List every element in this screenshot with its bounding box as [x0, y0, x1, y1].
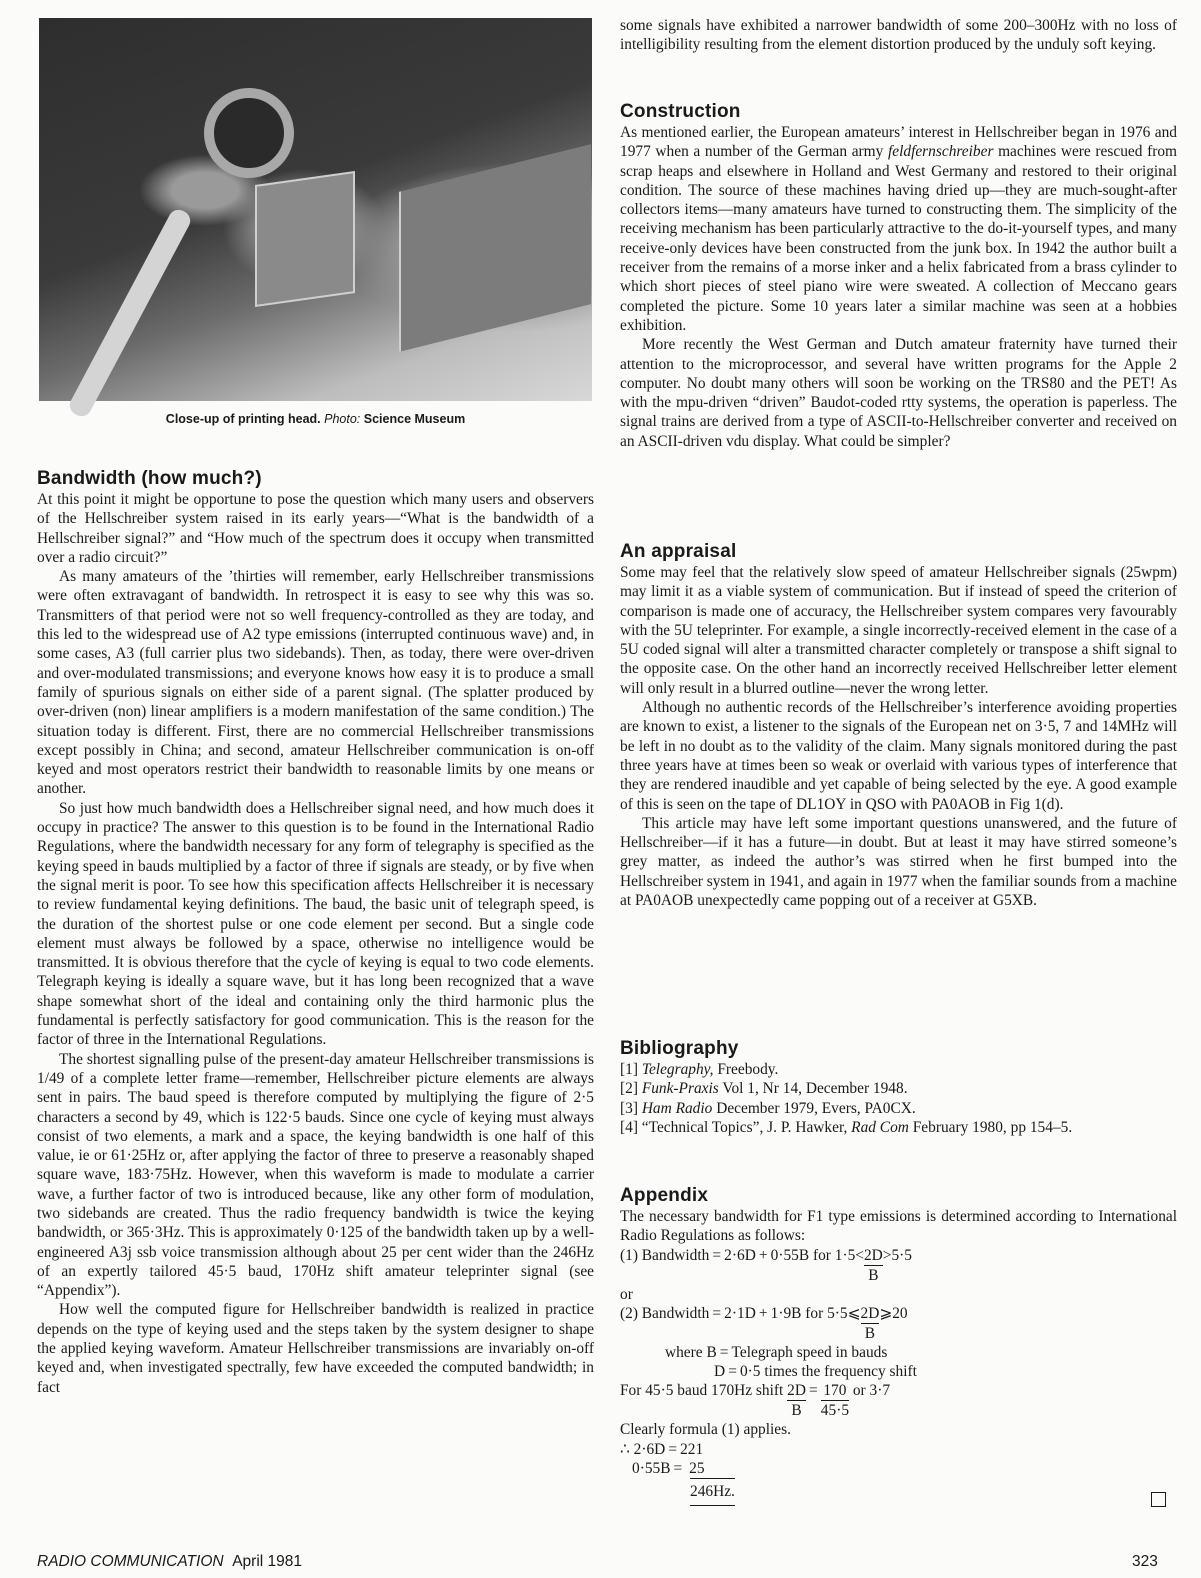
calc-line-2: 0·55B = 25	[620, 1459, 1177, 1478]
section-construction: Construction As mentioned earlier, the E…	[620, 101, 1177, 451]
heading-bandwidth: Bandwidth (how much?)	[37, 468, 594, 490]
formula-1: (1) Bandwidth = 2·6D + 0·55B for 1·5<2DB…	[620, 1246, 1177, 1285]
photo-roller	[204, 88, 294, 178]
heading-appraisal: An appraisal	[620, 541, 1177, 563]
total-value: 246Hz.	[690, 1478, 735, 1505]
bibliography-item: [2] Funk-Praxis Vol 1, Nr 14, December 1…	[620, 1079, 1177, 1098]
printing-head-photo	[39, 18, 592, 401]
italic-term: feldfernschreiber	[888, 143, 993, 160]
caption-credit: Science Museum	[364, 412, 465, 426]
denominator: B	[861, 1324, 880, 1343]
photo-caption: Close-up of printing head. Photo: Scienc…	[39, 412, 592, 426]
ref-title: “Technical Topics”, J. P. Hawker,	[638, 1119, 851, 1136]
caption-text: Close-up of printing head.	[166, 412, 321, 426]
formula-text: (1) Bandwidth = 2·6D + 0·55B for 1·5<	[620, 1247, 864, 1264]
paragraph: This article may have left some importan…	[620, 814, 1177, 910]
publication-name: RADIO COMMUNICATION	[37, 1553, 224, 1570]
ref-title: Ham Radio	[642, 1100, 713, 1117]
formula-text: >5·5	[883, 1247, 912, 1264]
where-b: where B = Telegraph speed in bauds	[620, 1343, 1177, 1362]
photo-paper-tape	[66, 206, 193, 419]
ref-number: [4]	[620, 1119, 638, 1136]
section-appraisal: An appraisal Some may feel that the rela…	[620, 541, 1177, 910]
denominator: B	[787, 1401, 806, 1420]
calc-total: 246Hz.	[620, 1478, 1177, 1505]
caption-photo-label: Photo:	[324, 412, 360, 426]
publication-date: April 1981	[232, 1553, 302, 1570]
fraction-2d-over-b: 2DB	[787, 1381, 806, 1420]
text-run: machines were rescued from scrap heaps a…	[620, 143, 1177, 334]
paragraph: As mentioned earlier, the European amate…	[620, 123, 1177, 335]
section-bibliography: Bibliography [1] Telegraphy, Freebody. […	[620, 1038, 1177, 1137]
continuation-block: some signals have exhibited a narrower b…	[620, 16, 1177, 55]
numerator: 170	[821, 1381, 849, 1401]
clearly-text: Clearly formula (1) applies.	[620, 1420, 1177, 1439]
formula-text: For 45·5 baud 170Hz shift	[620, 1382, 787, 1399]
formula-text: or 3·7	[849, 1382, 890, 1399]
heading-bibliography: Bibliography	[620, 1038, 1177, 1060]
numerator: 2D	[864, 1246, 883, 1266]
paragraph: More recently the West German and Dutch …	[620, 335, 1177, 451]
paragraph: So just how much bandwidth does a Hellsc…	[37, 799, 594, 1050]
heading-construction: Construction	[620, 101, 1177, 123]
formula-2: (2) Bandwidth = 2·1D + 1·9B for 5·5⩽2DB⩾…	[620, 1304, 1177, 1343]
numerator: 2D	[861, 1304, 880, 1324]
fraction-2d-over-b: 2DB	[864, 1246, 883, 1285]
ref-number: [1]	[620, 1061, 638, 1078]
or-text: or	[620, 1285, 1177, 1304]
bibliography-item: [4] “Technical Topics”, J. P. Hawker, Ra…	[620, 1118, 1177, 1137]
paragraph: As many amateurs of the ’thirties will r…	[37, 567, 594, 799]
paragraph: The shortest signalling pulse of the pre…	[37, 1050, 594, 1301]
paragraph: Although no authentic records of the Hel…	[620, 698, 1177, 814]
section-appendix: Appendix The necessary bandwidth for F1 …	[620, 1185, 1177, 1506]
footer-publication: RADIO COMMUNICATION April 1981	[37, 1553, 302, 1571]
formula-text: (2) Bandwidth = 2·1D + 1·9B for 5·5⩽	[620, 1305, 861, 1322]
ref-detail: Freebody.	[714, 1061, 779, 1078]
ref-detail: Vol 1, Nr 14, December 1948.	[719, 1080, 908, 1097]
ref-title: Funk-Praxis	[642, 1080, 719, 1097]
photo-side-plate	[399, 144, 591, 352]
ref-detail: December 1979, Evers, PA0CX.	[712, 1100, 915, 1117]
denominator: 45·5	[821, 1401, 849, 1420]
for-line: For 45·5 baud 170Hz shift 2DB = 17045·5 …	[620, 1381, 1177, 1420]
paragraph: How well the computed figure for Hellsch…	[37, 1300, 594, 1396]
ref-number: [2]	[620, 1080, 638, 1097]
heading-appendix: Appendix	[620, 1185, 1177, 1207]
paragraph: some signals have exhibited a narrower b…	[620, 16, 1177, 55]
page-number: 323	[1132, 1553, 1158, 1571]
ref-number: [3]	[620, 1100, 638, 1117]
numerator: 2D	[787, 1381, 806, 1401]
end-of-article-box-icon	[1151, 1492, 1166, 1507]
photo-panel	[255, 171, 355, 307]
bibliography-item: [3] Ham Radio December 1979, Evers, PA0C…	[620, 1099, 1177, 1118]
ref-journal: Rad Com	[851, 1119, 909, 1136]
section-bandwidth: Bandwidth (how much?) At this point it m…	[37, 468, 594, 1397]
paragraph: Some may feel that the relatively slow s…	[620, 563, 1177, 698]
ref-title: Telegraphy,	[642, 1061, 714, 1078]
paragraph: The necessary bandwidth for F1 type emis…	[620, 1207, 1177, 1246]
fraction-170-over-45-5: 17045·5	[821, 1381, 849, 1420]
formula-text: ⩾20	[879, 1305, 907, 1322]
bibliography-item: [1] Telegraphy, Freebody.	[620, 1060, 1177, 1079]
formula-text: =	[806, 1382, 821, 1399]
denominator: B	[864, 1266, 883, 1285]
paragraph: At this point it might be opportune to p…	[37, 490, 594, 567]
calc-line-1: ∴ 2·6D = 221	[620, 1440, 1177, 1459]
where-d: D = 0·5 times the frequency shift	[620, 1362, 1177, 1381]
fraction-2d-over-b: 2DB	[861, 1304, 880, 1343]
ref-detail: February 1980, pp 154–5.	[909, 1119, 1072, 1136]
